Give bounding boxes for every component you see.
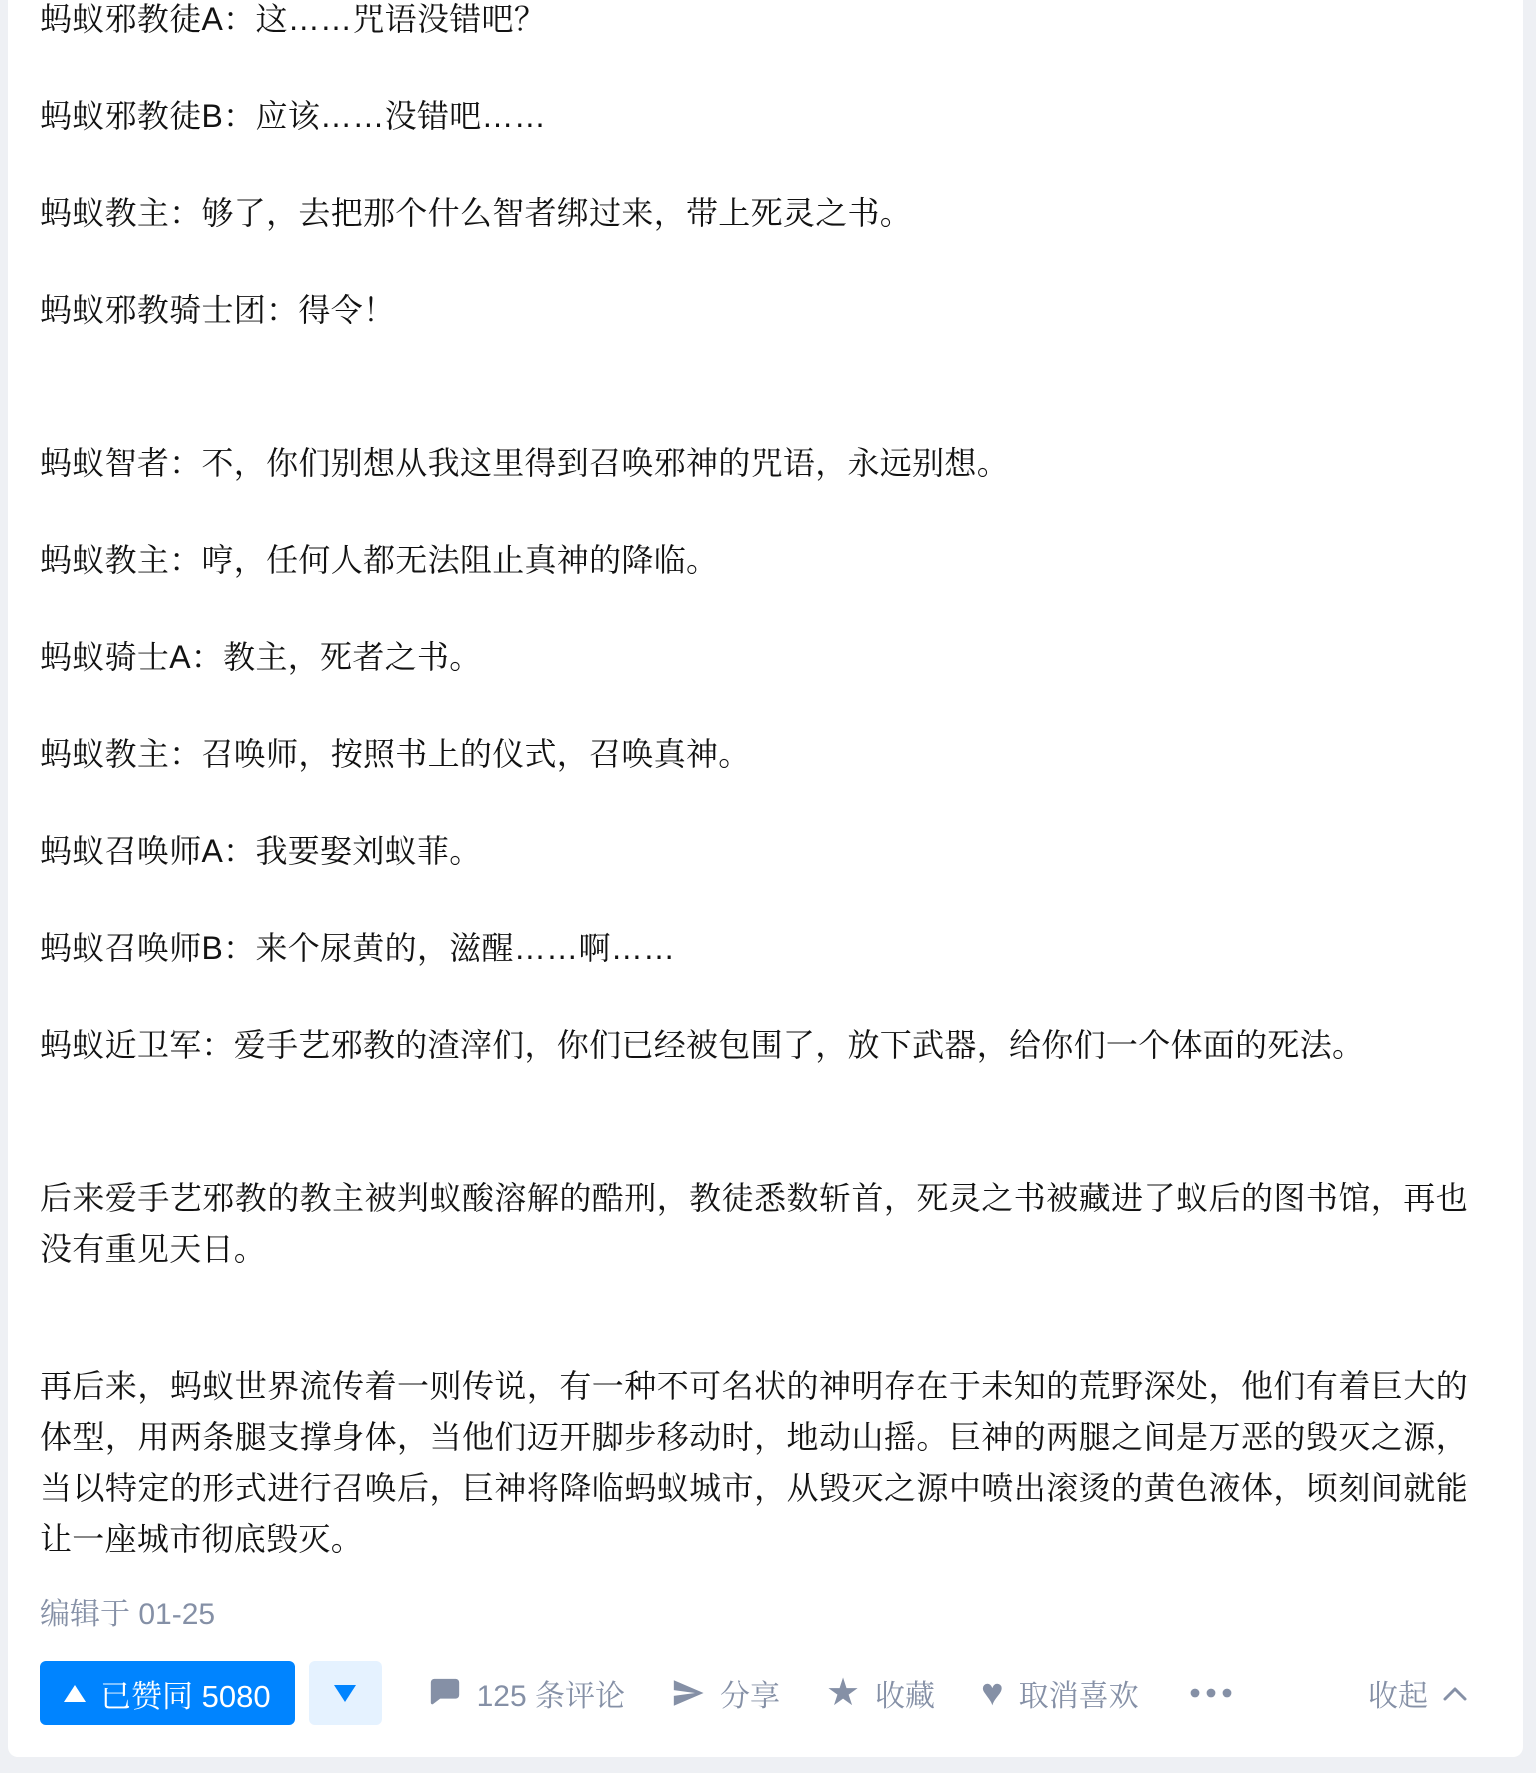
unlike-label: 取消喜欢 (1019, 1671, 1139, 1715)
answer-paragraph: 蚂蚁召唤师A：我要娶刘蚁菲。 (40, 826, 1468, 877)
paper-plane-icon (671, 1676, 705, 1710)
paragraph-gap (40, 1117, 1468, 1173)
collapse-button[interactable]: 收起 (1368, 1671, 1468, 1715)
share-label: 分享 (720, 1671, 780, 1715)
answer-paragraph: 蚂蚁骑士A：教主，死者之书。 (40, 632, 1468, 683)
comment-label: 125 条评论 (477, 1671, 625, 1715)
answer-paragraph: 蚂蚁近卫军：爱手艺邪教的渣滓们，你们已经被包围了，放下武器，给你们一个体面的死法… (40, 1020, 1468, 1071)
answer-paragraph: 再后来，蚂蚁世界流传着一则传说，有一种不可名状的神明存在于未知的荒野深处，他们有… (40, 1361, 1468, 1565)
answer-paragraph: 蚂蚁召唤师B：来个尿黄的，滋醒……啊…… (40, 923, 1468, 974)
answer-paragraph: 蚂蚁邪教骑士团：得令！ (40, 285, 1468, 336)
answer-card: 蚂蚁邪教徒A：这……咒语没错吧？ 蚂蚁邪教徒B：应该……没错吧…… 蚂蚁教主：够… (8, 0, 1523, 1757)
more-button[interactable] (1189, 1678, 1233, 1708)
answer-paragraph: 蚂蚁教主：够了，去把那个什么智者绑过来，带上死灵之书。 (40, 188, 1468, 239)
downvote-button[interactable] (309, 1661, 382, 1725)
chevron-up-icon (1442, 1685, 1468, 1702)
paragraph-gap (40, 382, 1468, 438)
heart-icon: ♥ (981, 1674, 1004, 1712)
downvote-triangle-icon (334, 1685, 356, 1702)
action-bar: 已赞同 5080 125 条评论 分享 (40, 1661, 1468, 1725)
favorite-button[interactable]: ★ 收藏 (826, 1671, 935, 1715)
answer-content: 蚂蚁邪教徒A：这……咒语没错吧？ 蚂蚁邪教徒B：应该……没错吧…… 蚂蚁教主：够… (40, 0, 1468, 1565)
share-button[interactable]: 分享 (671, 1671, 780, 1715)
comment-bubble-icon (428, 1676, 462, 1710)
page: 蚂蚁邪教徒A：这……咒语没错吧？ 蚂蚁邪教徒B：应该……没错吧…… 蚂蚁教主：够… (0, 0, 1536, 1773)
upvote-button[interactable]: 已赞同 5080 (40, 1661, 295, 1725)
answer-paragraph: 蚂蚁智者：不，你们别想从我这里得到召唤邪神的咒语，永远别想。 (40, 438, 1468, 489)
star-icon: ★ (826, 1674, 860, 1712)
answer-paragraph: 蚂蚁教主：哼，任何人都无法阻止真神的降临。 (40, 535, 1468, 586)
answer-paragraph: 蚂蚁邪教徒A：这……咒语没错吧？ (40, 0, 1468, 45)
more-dots-icon (1189, 1678, 1233, 1708)
paragraph-gap (40, 1321, 1468, 1361)
answer-paragraph: 蚂蚁教主：召唤师，按照书上的仪式，召唤真神。 (40, 729, 1468, 780)
edit-timestamp[interactable]: 编辑于 01-25 (40, 1595, 215, 1635)
collapse-label: 收起 (1368, 1671, 1428, 1715)
answer-paragraph: 后来爱手艺邪教的教主被判蚁酸溶解的酷刑，教徒悉数斩首，死灵之书被藏进了蚁后的图书… (40, 1173, 1468, 1275)
upvote-triangle-icon (64, 1685, 86, 1702)
favorite-label: 收藏 (875, 1671, 935, 1715)
unlike-button[interactable]: ♥ 取消喜欢 (981, 1671, 1139, 1715)
comment-button[interactable]: 125 条评论 (428, 1671, 625, 1715)
upvote-label: 已赞同 5080 (100, 1671, 271, 1716)
answer-paragraph: 蚂蚁邪教徒B：应该……没错吧…… (40, 91, 1468, 142)
